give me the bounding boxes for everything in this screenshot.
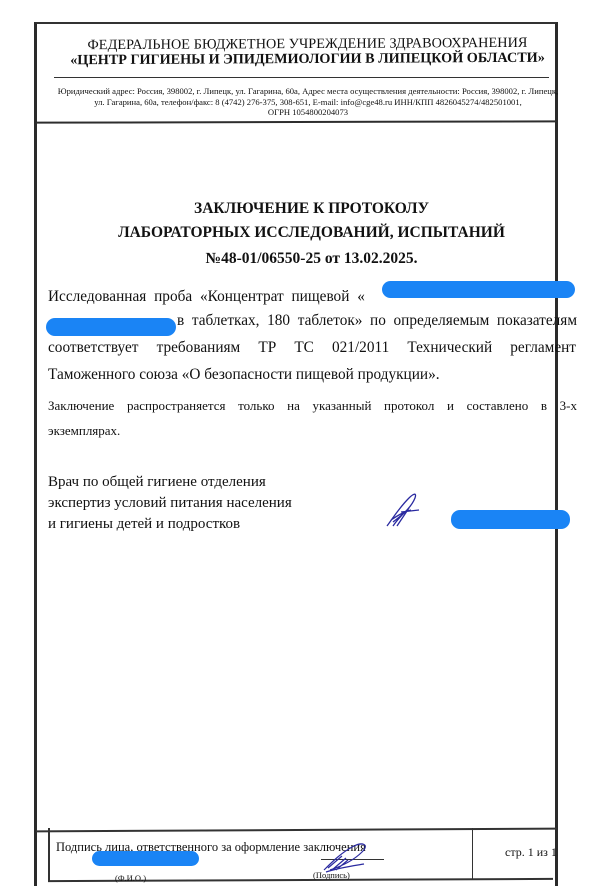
signature-caption: (Подпись) xyxy=(313,870,350,880)
conclusion-text-line3: соответствует требованиям ТР ТС 021/2011… xyxy=(48,339,576,357)
signatory-position: Врач по общей гигиене отделения эксперти… xyxy=(48,472,292,535)
address-line: ОГРН 1054800204073 xyxy=(38,107,578,118)
signatory-line: и гигиены детей и подростков xyxy=(48,514,292,535)
protocol-number: №48-01/06550-25 от 13.02.2025. xyxy=(4,250,615,268)
signatory-line: Врач по общей гигиене отделения xyxy=(48,472,292,493)
signatory-line: экспертиз условий питания населения xyxy=(48,493,292,514)
redaction-product-name-cont xyxy=(46,318,176,336)
fio-caption: (Ф.И.О.) xyxy=(115,873,146,883)
footer-divider xyxy=(472,828,473,880)
conclusion-text-line2: в таблетках, 180 таблеток» по определяем… xyxy=(177,312,577,330)
document-frame xyxy=(34,22,558,886)
conclusion-text-line4: Таможенного союза «О безопасности пищево… xyxy=(48,366,576,384)
document-title-line1: ЗАКЛЮЧЕНИЕ К ПРОТОКОЛУ xyxy=(4,200,615,218)
footer-left-edge xyxy=(48,828,50,881)
address-line: Юридический адрес: Россия, 398002, г. Ли… xyxy=(38,86,578,97)
redaction-doctor-name xyxy=(451,510,570,529)
document-title-line2: ЛАБОРАТОРНЫХ ИССЛЕДОВАНИЙ, ИСПЫТАНИЙ xyxy=(4,224,615,242)
header-divider xyxy=(54,77,549,78)
note-line2: экземплярах. xyxy=(48,423,577,439)
organization-name-line2: «ЦЕНТР ГИГИЕНЫ И ЭПИДЕМИОЛОГИИ В ЛИПЕЦКО… xyxy=(0,49,615,69)
conclusion-text-line1: Исследованная проба «Концентрат пищевой … xyxy=(48,288,378,306)
organization-address: Юридический адрес: Россия, 398002, г. Ли… xyxy=(38,86,578,118)
redaction-product-name xyxy=(382,281,575,298)
note-line1: Заключение распространяется только на ук… xyxy=(48,398,577,414)
page-number: стр. 1 из 1 xyxy=(505,845,557,860)
address-line: ул. Гагарина, 60а, телефон/факс: 8 (4742… xyxy=(38,97,578,108)
redaction-responsible-name xyxy=(92,851,199,866)
doctor-signature-icon xyxy=(383,490,423,530)
